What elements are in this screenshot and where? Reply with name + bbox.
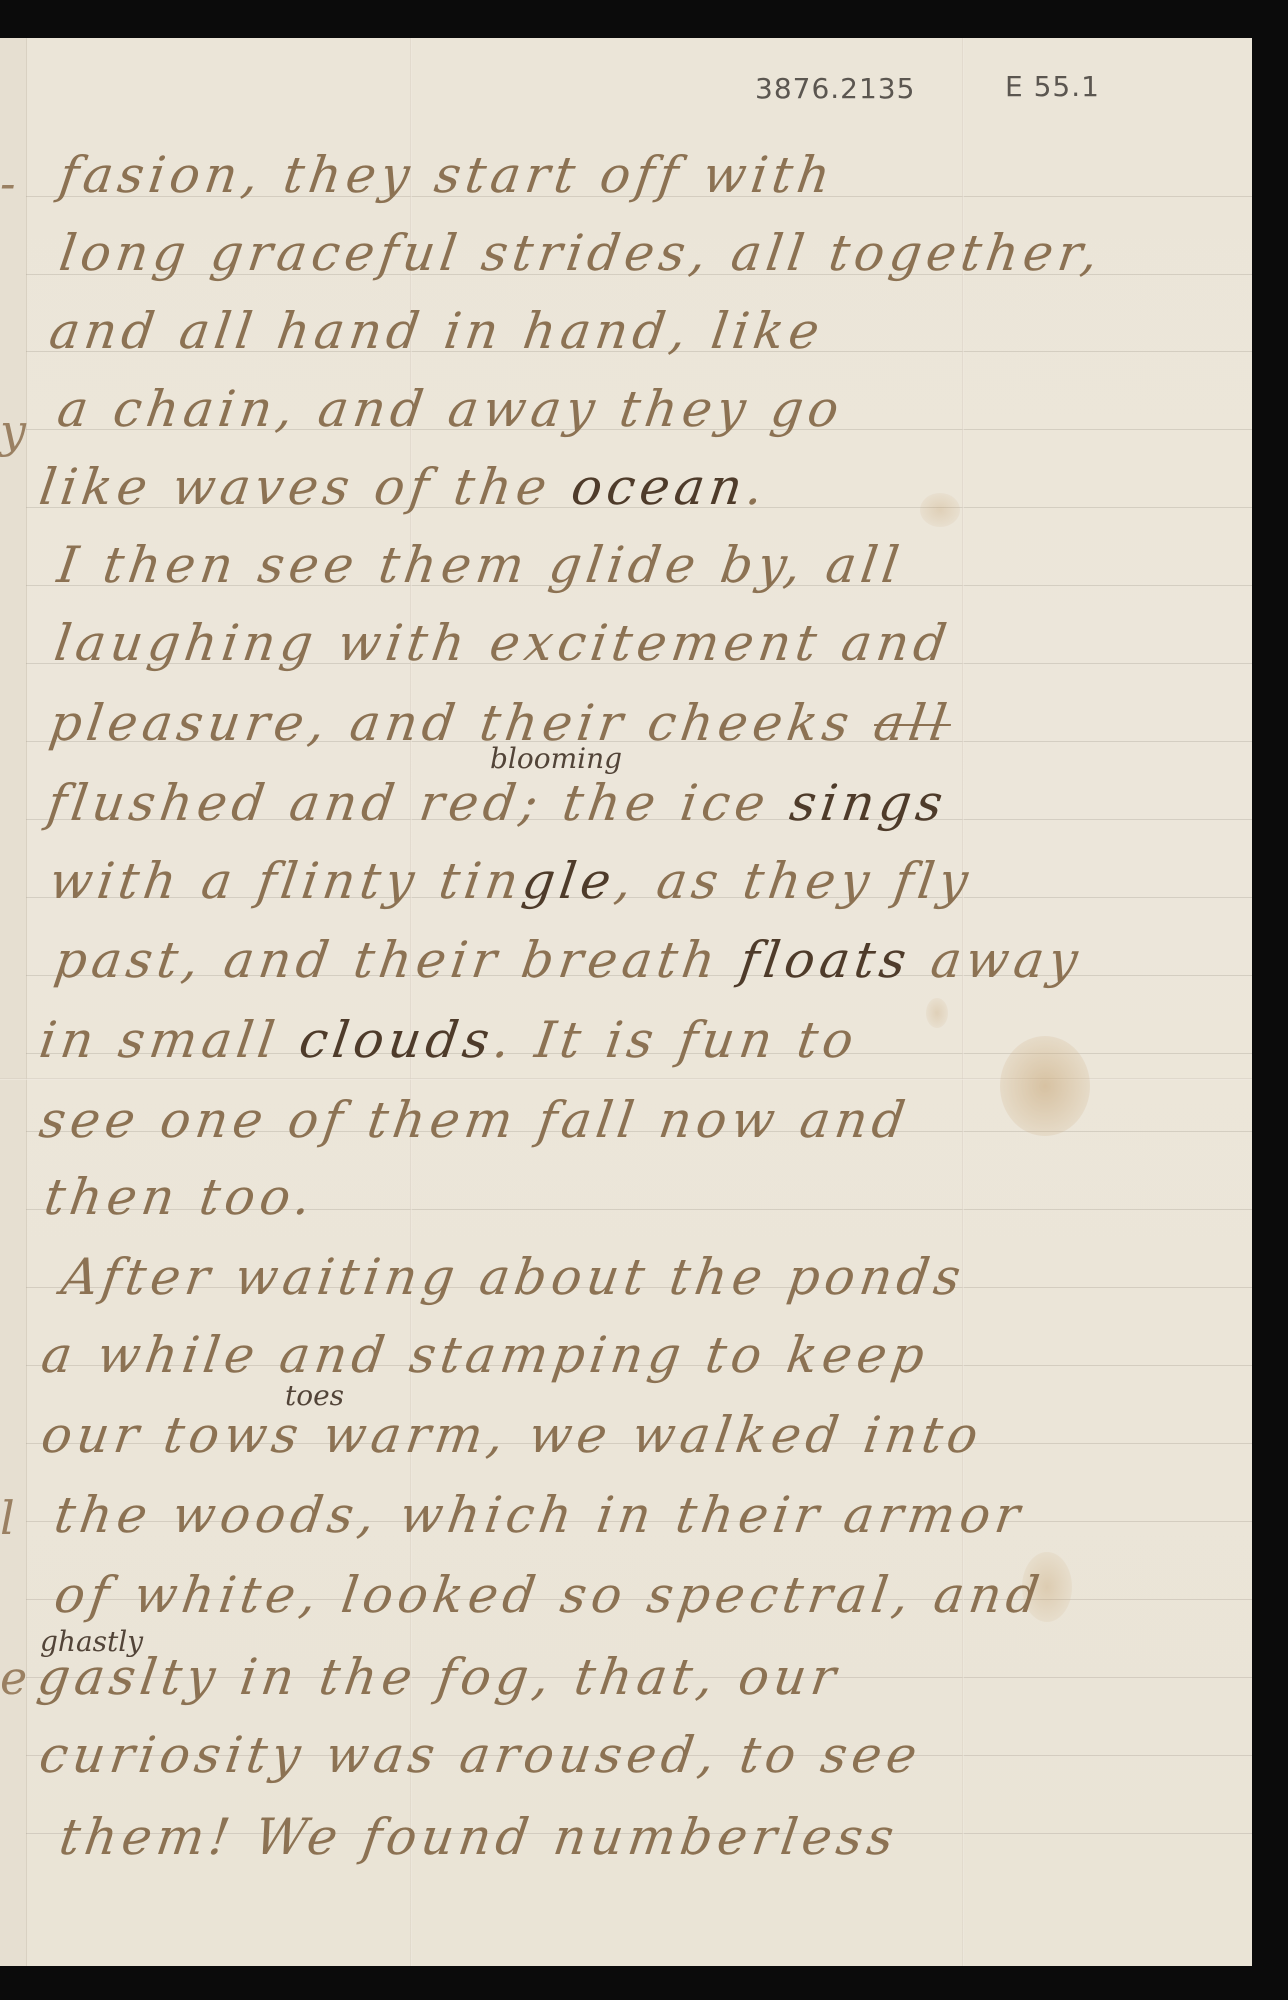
text-line-17: our tows warm, we walked into: [38, 1410, 985, 1460]
text-line-12: in small clouds. It is fun to: [36, 1015, 861, 1065]
text-line-13: see one of them fall now and: [36, 1095, 912, 1145]
text-line-5: like waves of the ocean.: [36, 462, 771, 512]
foxing-stain: [1000, 1036, 1090, 1136]
text-line-6: I then see them glide by, all: [54, 540, 906, 590]
text-line-10: with a flinty tingle, as they fly: [46, 856, 975, 906]
text-line-9: flushed and red; the ice sings: [44, 778, 950, 828]
text-segment: like waves of the: [36, 458, 576, 516]
text-segment: flushed and red; the ice: [44, 774, 795, 832]
text-segment: . It is fun to: [490, 1011, 862, 1069]
text-line-3: and all hand in hand, like: [46, 306, 827, 356]
text-line-8: pleasure, and their cheeks all: [46, 698, 954, 748]
text-line-1: fasion, they start off with: [56, 150, 838, 200]
margin-fragment: e: [0, 1655, 27, 1701]
text-line-19: of white, looked so spectral, and: [51, 1570, 1046, 1620]
margin-fragment: y: [0, 408, 26, 454]
text-line-15: After waiting about the ponds: [58, 1252, 968, 1302]
catalog-number: 3876.2135: [755, 72, 915, 105]
text-segment: pleasure, and their cheeks: [46, 694, 879, 752]
text-line-20: gaslty in the fog, that, our: [34, 1652, 843, 1702]
ink-blot: [920, 493, 960, 527]
corrected-word: floats: [736, 931, 914, 989]
text-line-18: the woods, which in their armor: [51, 1490, 1027, 1540]
foxing-stain: [926, 998, 948, 1028]
text-segment: away: [907, 931, 1087, 989]
margin-fragment: -: [0, 160, 16, 206]
vertical-fold: [962, 38, 964, 1966]
scanned-document: 3876.2135 E 55.1 y e l - fasion, they st…: [0, 0, 1288, 2000]
corrected-word: sings: [786, 774, 951, 832]
text-segment: , as they fly: [611, 852, 976, 910]
text-line-2: long graceful strides, all together,: [56, 228, 1105, 278]
corrected-word: ocean: [568, 458, 751, 516]
corrected-word: clouds: [296, 1011, 498, 1069]
text-line-22: them! We found numberless: [56, 1812, 901, 1862]
text-line-16: a while and stamping to keep: [38, 1330, 932, 1380]
text-line-7: laughing with excitement and: [51, 618, 954, 668]
corrected-word: gle: [519, 852, 620, 910]
text-line-14: then too.: [41, 1172, 318, 1222]
text-line-4: a chain, and away they go: [54, 384, 846, 434]
struck-word: all: [870, 694, 955, 752]
page-reference: E 55.1: [1005, 70, 1100, 103]
text-segment: past, and their breath: [51, 931, 745, 989]
text-segment: in small: [36, 1011, 304, 1069]
margin-fragment: l: [0, 1495, 15, 1541]
text-line-11: past, and their breath floats away: [51, 935, 1085, 985]
text-line-21: curiosity was aroused, to see: [36, 1730, 924, 1780]
text-segment: with a flinty tin: [46, 852, 527, 910]
insertion-blooming: blooming: [490, 745, 622, 773]
